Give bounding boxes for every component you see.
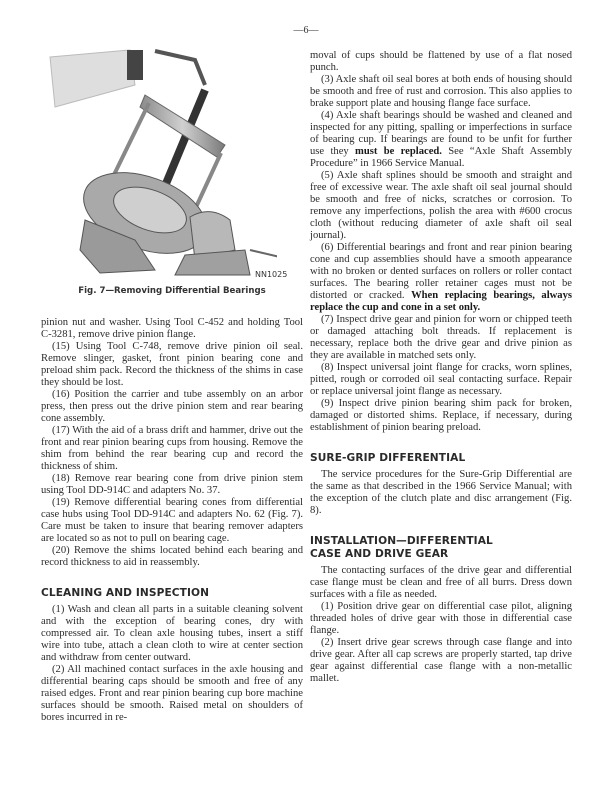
cleaning-step-7: (7) Inspect drive gear and pinion for wo… (310, 314, 572, 362)
cleaning-step-4: (4) Axle shaft bearings should be washed… (310, 110, 572, 170)
cleaning-step-1: (1) Wash and clean all parts in a suitab… (41, 604, 303, 664)
cleaning-step-2: (2) All machined contact surfaces in the… (41, 664, 303, 724)
cleaning-step-6: (6) Differential bearings and front and … (310, 242, 572, 314)
step-16: (16) Position the carrier and tube assem… (41, 389, 303, 425)
cleaning-step-2-continued: moval of cups should be flattened by use… (310, 50, 572, 74)
page-number: —6— (0, 25, 612, 36)
right-column: moval of cups should be flattened by use… (310, 50, 572, 685)
figure-photo (45, 45, 277, 277)
step-19: (19) Remove differential bearing cones f… (41, 497, 303, 545)
figure-id: NN1025 (255, 270, 287, 279)
step-17: (17) With the aid of a brass drift and h… (41, 425, 303, 473)
left-column: pinion nut and washer. Using Tool C-452 … (41, 317, 303, 724)
installation-step-2: (2) Insert drive gear screws through cas… (310, 637, 572, 685)
figure-caption: Fig. 7—Removing Differential Bearings (41, 286, 303, 296)
installation-step-1: (1) Position drive gear on differential … (310, 601, 572, 637)
sure-grip-text: The service procedures for the Sure-Grip… (310, 469, 572, 517)
cleaning-step-3: (3) Axle shaft oil seal bores at both en… (310, 74, 572, 110)
cleaning-step-9: (9) Inspect drive pinion bearing shim pa… (310, 398, 572, 434)
cleaning-step-8: (8) Inspect universal joint flange for c… (310, 362, 572, 398)
photo-differential-bearing-puller-icon (45, 45, 277, 277)
step-20: (20) Remove the shims located behind eac… (41, 545, 303, 569)
step-18: (18) Remove rear bearing cone from drive… (41, 473, 303, 497)
section-heading-installation: INSTALLATION—DIFFERENTIAL CASE AND DRIVE… (310, 535, 510, 561)
bold-warning: must be replaced. (355, 146, 442, 157)
paragraph-continued: pinion nut and washer. Using Tool C-452 … (41, 317, 303, 341)
step-15: (15) Using Tool C-748, remove drive pini… (41, 341, 303, 389)
section-heading-cleaning: CLEANING AND INSPECTION (41, 587, 303, 600)
installation-intro: The contacting surfaces of the drive gea… (310, 565, 572, 601)
section-heading-sure-grip: SURE-GRIP DIFFERENTIAL (310, 452, 572, 465)
cleaning-step-5: (5) Axle shaft splines should be smooth … (310, 170, 572, 242)
